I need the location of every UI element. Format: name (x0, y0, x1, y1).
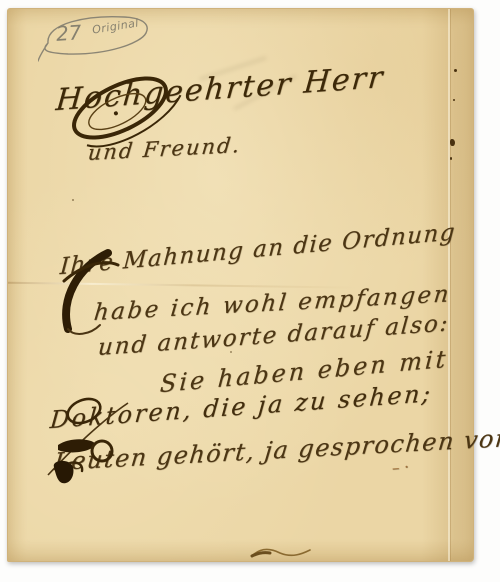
pencil-annotation: 27 Original (38, 11, 154, 63)
archive-number: 27 (55, 20, 82, 46)
ink-speck (453, 99, 455, 101)
ink-speck (72, 199, 74, 201)
ink-flourish-initial-body (52, 247, 124, 343)
ink-speck (450, 157, 452, 160)
ink-speck (230, 351, 232, 353)
ink-speck (454, 69, 457, 72)
ink-blob-initial-l (50, 457, 84, 487)
ink-dash-mark: – · (391, 460, 409, 477)
ink-flourish-initial-salutation (54, 65, 186, 151)
ink-speck (450, 139, 455, 146)
ink-squiggle-mark (250, 545, 312, 561)
letter-page: 27 Original Hochgeehrter Herr und Freund… (7, 8, 474, 562)
scanned-letter: 27 Original Hochgeehrter Herr und Freund… (0, 0, 500, 582)
